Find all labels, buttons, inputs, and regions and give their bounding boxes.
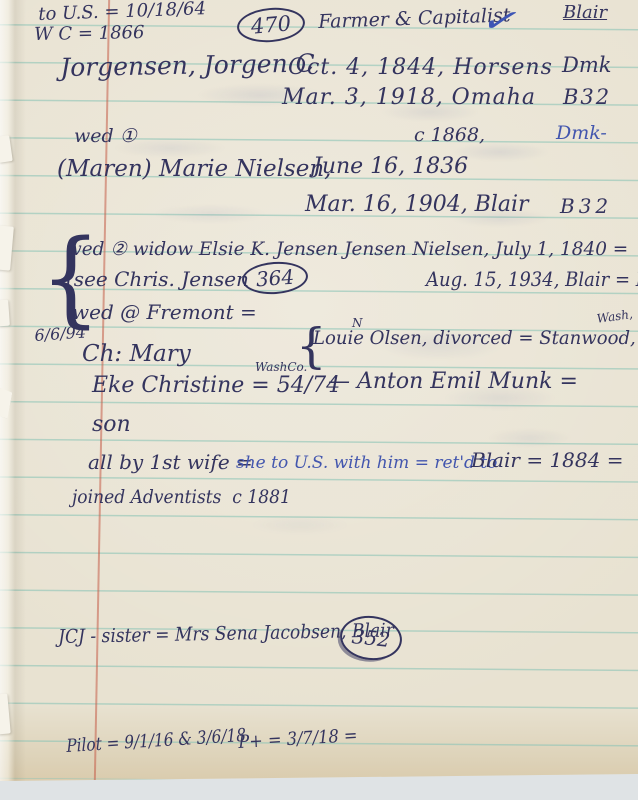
- child3: son: [92, 414, 131, 436]
- note-wife-end: Blair = 1884 =: [471, 450, 623, 470]
- paper-sheet: to U.S. = 10/18/64 W C = 1866 470 Farmer…: [0, 0, 638, 800]
- marriage1-spouse-death: Mar. 16, 1904, Blair: [305, 194, 529, 216]
- marriage1-country: Dmk-: [556, 124, 607, 143]
- subject-death-ref: B32: [563, 87, 611, 108]
- note-adventists: joined Adventists c 1881: [72, 488, 291, 507]
- marriage1-spouse: (Maren) Marie Nielsen,: [57, 158, 331, 181]
- marriage2-death: Aug. 15, 1934, Blair = B4: [426, 269, 638, 289]
- marriage1-label: wed ①: [74, 127, 137, 146]
- checkmark-icon: ✓: [478, 2, 517, 40]
- child2-spouse: — Anton Emil Munk =: [328, 371, 578, 393]
- marriage1-spouse-death-ref: B32: [560, 196, 612, 216]
- header-city: Blair: [563, 4, 607, 22]
- tape-3: [0, 300, 10, 327]
- marriage1-spouse-birth: June 16, 1836: [313, 156, 468, 178]
- immigration-note-2: W C = 1866: [34, 24, 145, 44]
- marriage2-crossref: (see Chris. Jensen: [66, 269, 249, 289]
- subject-birth: Oct. 4, 1844, Horsens: [288, 57, 553, 79]
- marriage2-line1: wed ② widow Elsie K. Jensen Jensen Niels…: [66, 240, 638, 259]
- margin-date: 6/6/94: [34, 324, 86, 344]
- child1-spouse: Louie Olsen, divorced = Stanwood,: [313, 329, 636, 348]
- marriage2-line3: wed @ Fremont =: [72, 302, 257, 322]
- subject-death: Mar. 3, 1918, Omaha: [282, 87, 536, 109]
- note-by-first-wife: all by 1st wife =: [88, 452, 253, 472]
- note-wife-blue: she to U.S. with him = ret'd to: [236, 455, 497, 472]
- marriage1-date: c 1868,: [414, 126, 485, 145]
- subject-birth-country: Dmk: [562, 55, 611, 76]
- child2: Eke Christine = 54/74: [92, 375, 340, 397]
- scanned-ledger-page: to U.S. = 10/18/64 W C = 1866 470 Farmer…: [0, 0, 638, 800]
- children-label-first: Ch: Mary: [82, 343, 191, 366]
- subject-name: Jorgensen, Jorgen C: [60, 51, 315, 80]
- child1-spouse-sup-n: N: [352, 317, 363, 329]
- child2-sup: WashCo.: [255, 361, 307, 373]
